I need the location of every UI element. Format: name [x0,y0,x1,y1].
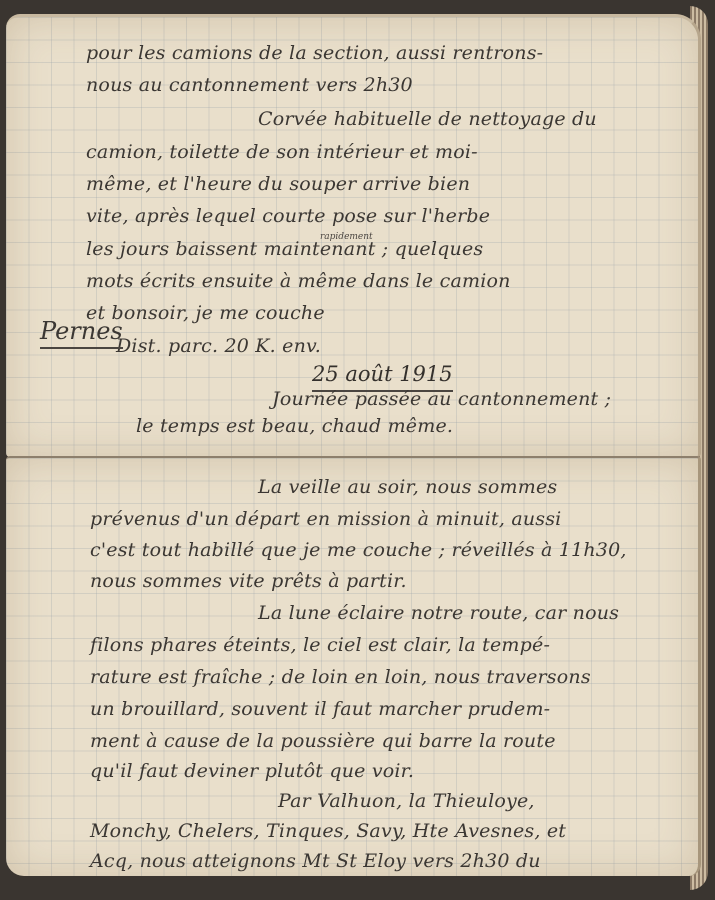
diary-line: le temps est beau, chaud même. [136,417,453,436]
diary-line: rature est fraîche ; de loin en loin, no… [90,668,591,687]
diary-line: les jours baissent maintenant ; quelques [86,240,483,259]
diary-line: camion, toilette de son intérieur et moi… [86,143,478,162]
diary-line: Monchy, Chelers, Tinques, Savy, Hte Aves… [90,822,566,841]
diary-line: nous au cantonnement vers 2h30 [86,76,413,95]
diary-line: pour les camions de la section, aussi re… [86,44,543,63]
distance-note: Dist. parc. 20 K. env. [116,337,321,356]
diary-line: vite, après lequel courte pose sur l'her… [86,207,490,226]
diary-line: Journée passée au cantonnement ; [272,390,611,409]
diary-line: filons phares éteints, le ciel est clair… [90,636,550,655]
diary-line: prévenus d'un départ en mission à minuit… [90,510,561,529]
diary-line: même, et l'heure du souper arrive bien [86,175,470,194]
diary-line: mots écrits ensuite à même dans le camio… [86,272,511,291]
diary-line: Par Valhuon, la Thieuloye, [278,792,535,811]
diary-line: un brouillard, souvent il faut marcher p… [90,700,550,719]
diary-line: c'est tout habillé que je me couche ; ré… [90,541,627,560]
margin-place-label: Pernes [40,317,123,349]
diary-line: La lune éclaire notre route, car nous [258,604,619,623]
diary-line: qu'il faut deviner plutôt que voir. [90,762,414,781]
diary-line: La veille au soir, nous sommes [258,478,557,497]
diary-line: Acq, nous atteignons Mt St Eloy vers 2h3… [90,852,541,871]
diary-line: ment à cause de la poussière qui barre l… [90,732,556,751]
diary-line: Corvée habituelle de nettoyage du [258,110,597,129]
diary-line: nous sommes vite prêts à partir. [90,572,407,591]
